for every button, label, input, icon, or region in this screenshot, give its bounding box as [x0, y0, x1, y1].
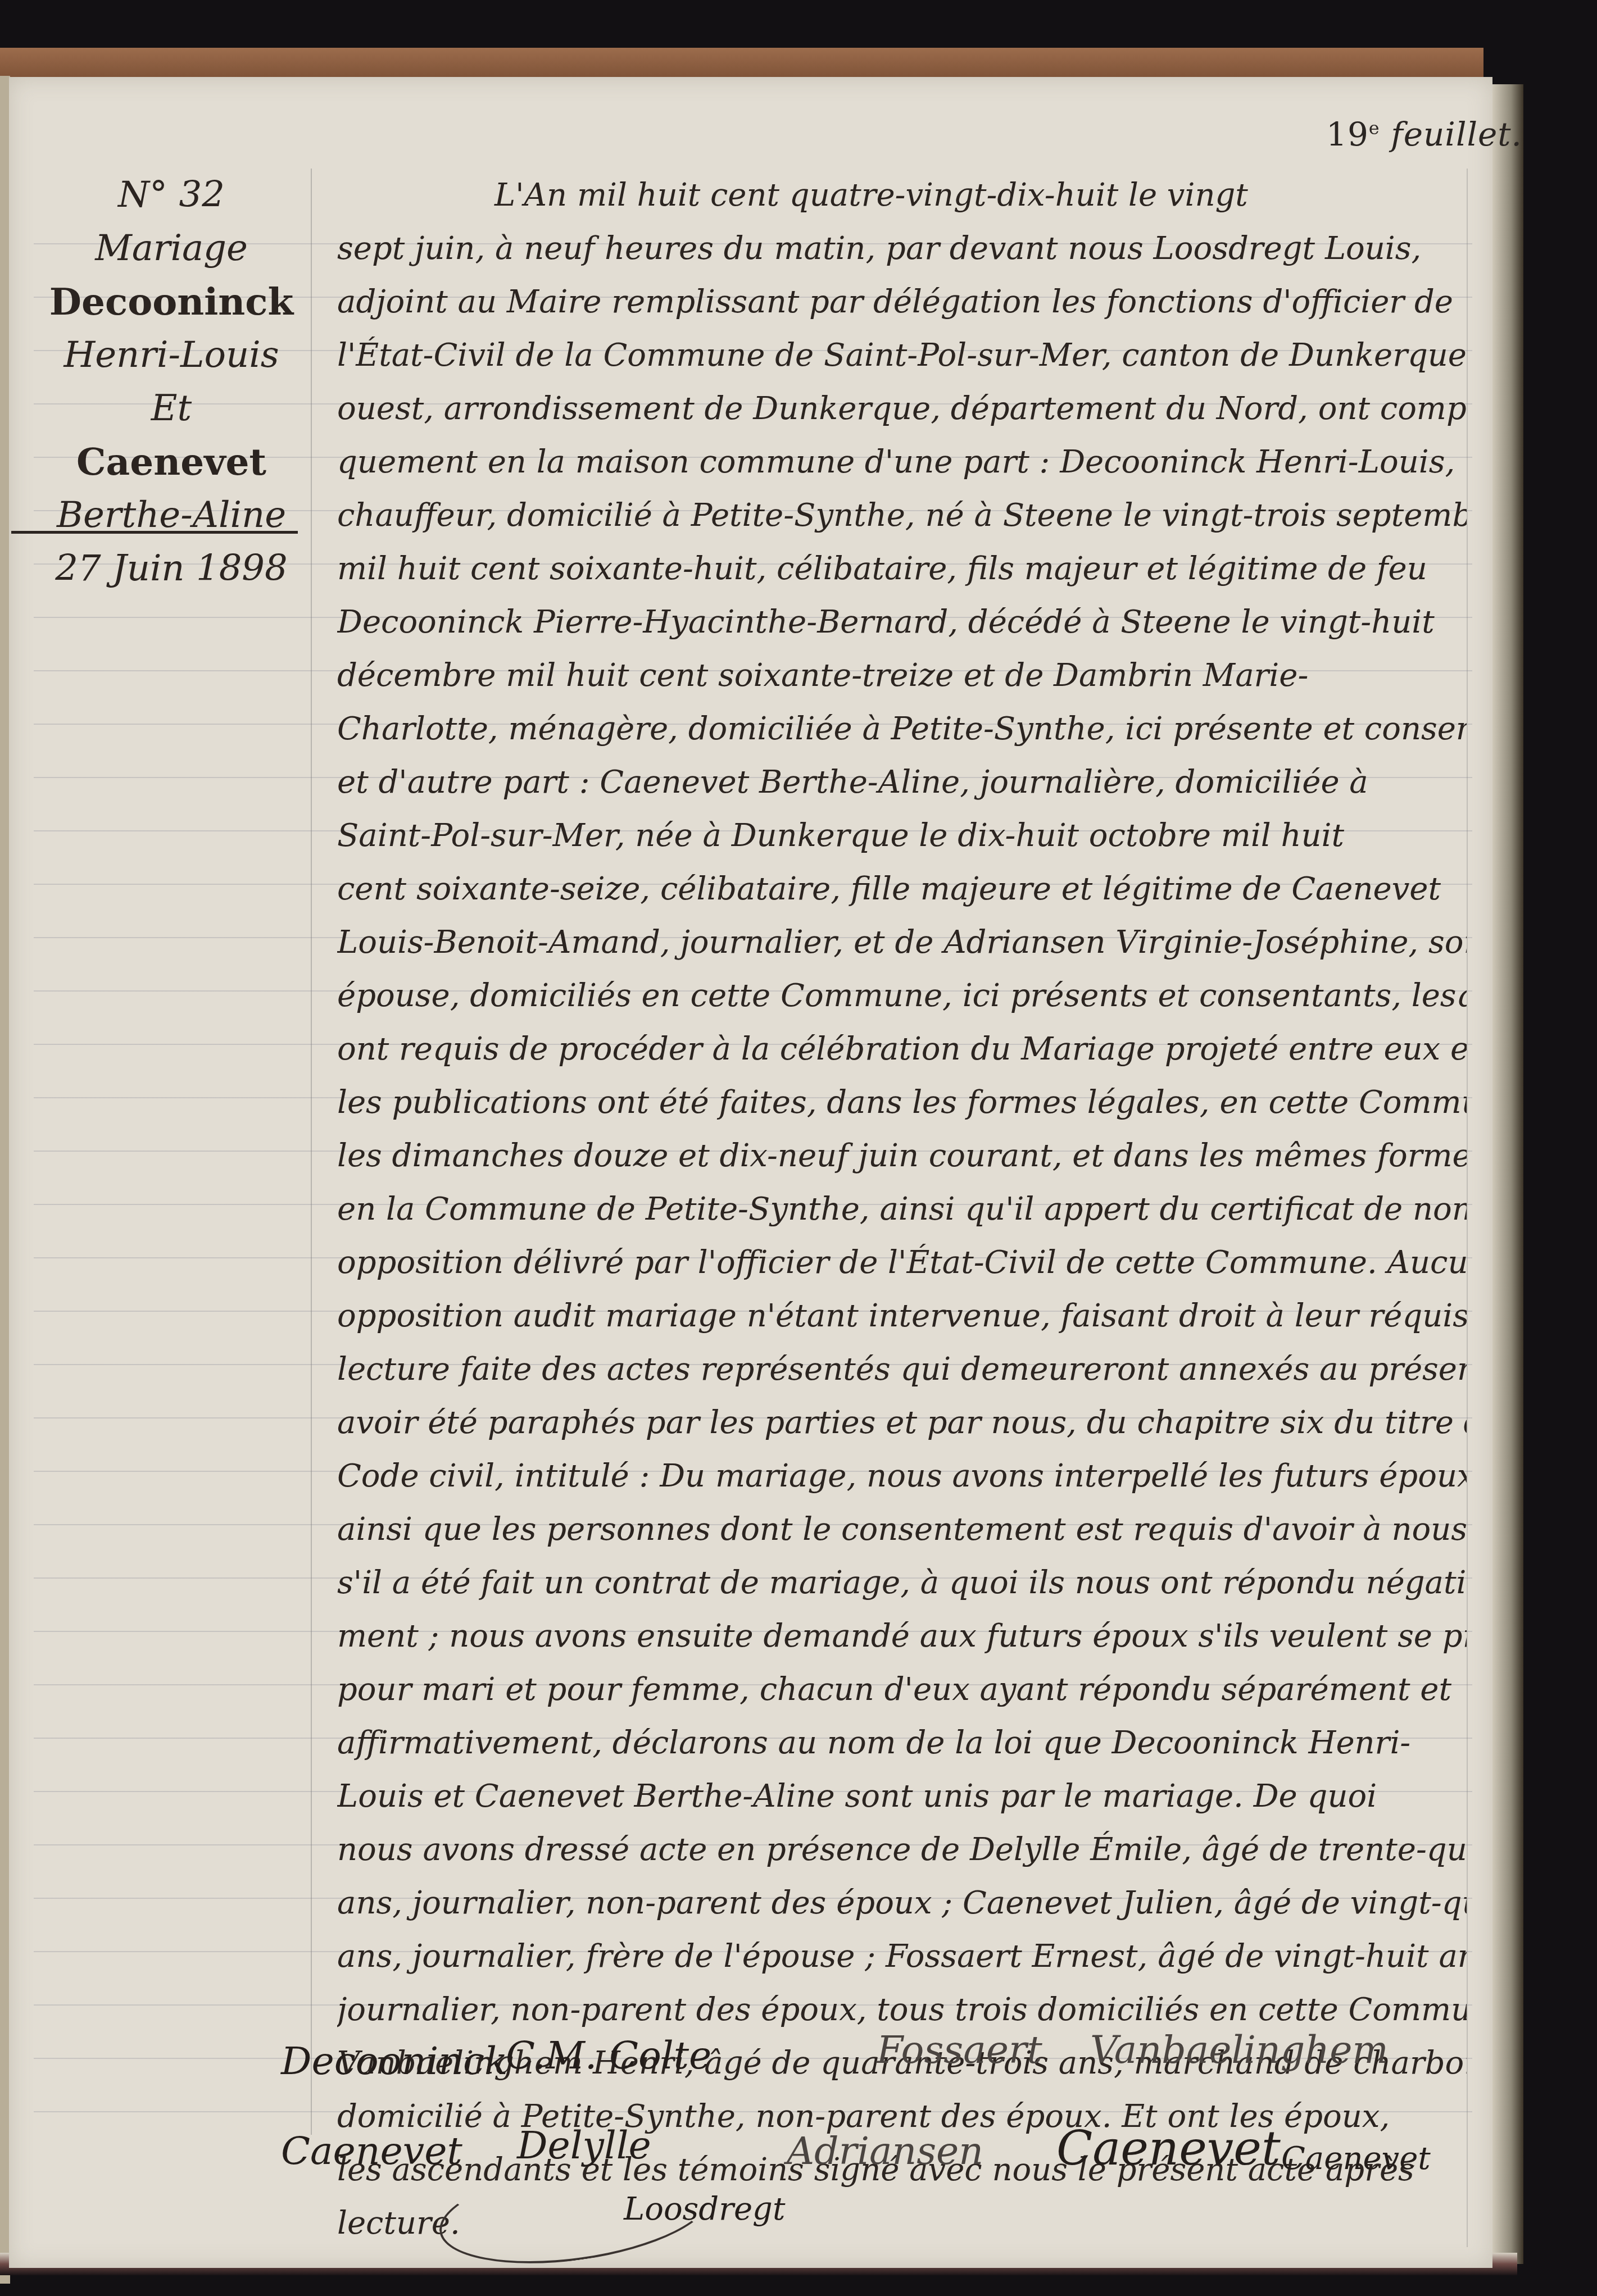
folio-suffix: e — [1369, 117, 1380, 139]
act-date: 27 Juin 1898 — [39, 542, 303, 595]
signature-groom: Decooninck — [281, 2039, 507, 2084]
groom-given-names: Henri-Louis — [39, 329, 303, 382]
body-line: cent soixante-seize, célibataire, fille … — [337, 862, 1467, 916]
bride-given-names: Berthe-Aline — [39, 489, 303, 542]
body-line: Decooninck Pierre-Hyacinthe-Bernard, déc… — [337, 595, 1467, 649]
body-line: nous avons dressé acte en présence de De… — [337, 1823, 1467, 1876]
body-line: lecture faite des actes représentés qui … — [337, 1343, 1467, 1396]
signature-adriansen: Adriansen — [787, 2129, 983, 2174]
body-line: opposition audit mariage n'étant interve… — [337, 1289, 1467, 1343]
signatures-block: Decooninck C.M. Colte Fossaert Vanbaelin… — [281, 2028, 1461, 2253]
body-line: les dimanches douze et dix-neuf juin cou… — [337, 1129, 1467, 1183]
signature-caenevet-2: Caenevet — [1281, 2140, 1431, 2177]
body-line: ouest, arrondissement de Dunkerque, dépa… — [337, 382, 1467, 435]
body-line: ans, journalier, frère de l'épouse ; Fos… — [337, 1930, 1467, 1983]
signature-witness-vanbaelinghem: Vanbaelinghem — [1090, 2028, 1389, 2072]
body-line: Louis-Benoit-Amand, journalier, et de Ad… — [337, 916, 1467, 969]
act-type: Mariage — [39, 222, 303, 275]
body-line: Louis et Caenevet Berthe-Aline sont unis… — [337, 1770, 1467, 1823]
body-line: adjoint au Maire remplissant par délégat… — [337, 275, 1467, 329]
body-line: sept juin, à neuf heures du matin, par d… — [337, 222, 1467, 275]
body-line: opposition délivré par l'officier de l'É… — [337, 1236, 1467, 1289]
signature-witness-fossaert: Fossaert — [877, 2028, 1042, 2072]
book-binding-top — [0, 48, 1483, 79]
body-line: en la Commune de Petite-Synthe, ainsi qu… — [337, 1183, 1467, 1236]
right-margin-rule — [1467, 169, 1468, 2247]
folio-number: 19e feuillet. — [1326, 115, 1522, 153]
body-line: l'État-Civil de la Commune de Saint-Pol-… — [337, 329, 1467, 382]
body-line: affirmativement, déclarons au nom de la … — [337, 1716, 1467, 1770]
body-line: ment ; nous avons ensuite demandé aux fu… — [337, 1610, 1467, 1663]
body-line: mil huit cent soixante-huit, célibataire… — [337, 542, 1467, 595]
bride-surname: Caenevet — [39, 435, 303, 489]
body-line: Charlotte, ménagère, domiciliée à Petite… — [337, 702, 1467, 756]
groom-surname: Decooninck — [39, 275, 303, 329]
conjunction: Et — [39, 382, 303, 435]
signature-bride: Caenevet — [281, 2129, 462, 2174]
page-edge-right — [1492, 84, 1523, 2264]
body-line: pour mari et pour femme, chacun d'eux ay… — [337, 1663, 1467, 1716]
folio-word: feuillet. — [1391, 115, 1522, 153]
body-line: chauffeur, domicilié à Petite-Synthe, né… — [337, 489, 1467, 542]
margin-rule-vertical — [311, 169, 312, 2135]
body-line: s'il a été fait un contrat de mariage, à… — [337, 1556, 1467, 1610]
act-number: N° 32 — [39, 169, 303, 222]
body-line: ont requis de procéder à la célébration … — [337, 1022, 1467, 1076]
folio-number-value: 19 — [1326, 115, 1369, 153]
signature-caenevet: Caenevet — [1056, 2121, 1281, 2176]
signature-witness: C.M. Colte — [506, 2034, 711, 2078]
body-line: les publications ont été faites, dans le… — [337, 1076, 1467, 1129]
act-body: L'An mil huit cent quatre-vingt-dix-huit… — [337, 169, 1467, 2250]
body-line: décembre mil huit cent soixante-treize e… — [337, 649, 1467, 702]
body-line: ans, journalier, non-parent des époux ; … — [337, 1876, 1467, 1930]
body-line: et d'autre part : Caenevet Berthe-Aline,… — [337, 756, 1467, 809]
margin-separator — [11, 531, 298, 534]
body-line: avoir été paraphés par les parties et pa… — [337, 1396, 1467, 1449]
signature-witness-delylle: Delylle — [517, 2124, 651, 2168]
body-line: Saint-Pol-sur-Mer, née à Dunkerque le di… — [337, 809, 1467, 862]
body-line: quement en la maison commune d'une part … — [337, 435, 1467, 489]
body-line: ainsi que les personnes dont le consente… — [337, 1503, 1467, 1556]
body-line: épouse, domiciliés en cette Commune, ici… — [337, 969, 1467, 1022]
body-line: L'An mil huit cent quatre-vingt-dix-huit… — [337, 169, 1467, 222]
body-line: Code civil, intitulé : Du mariage, nous … — [337, 1449, 1467, 1503]
